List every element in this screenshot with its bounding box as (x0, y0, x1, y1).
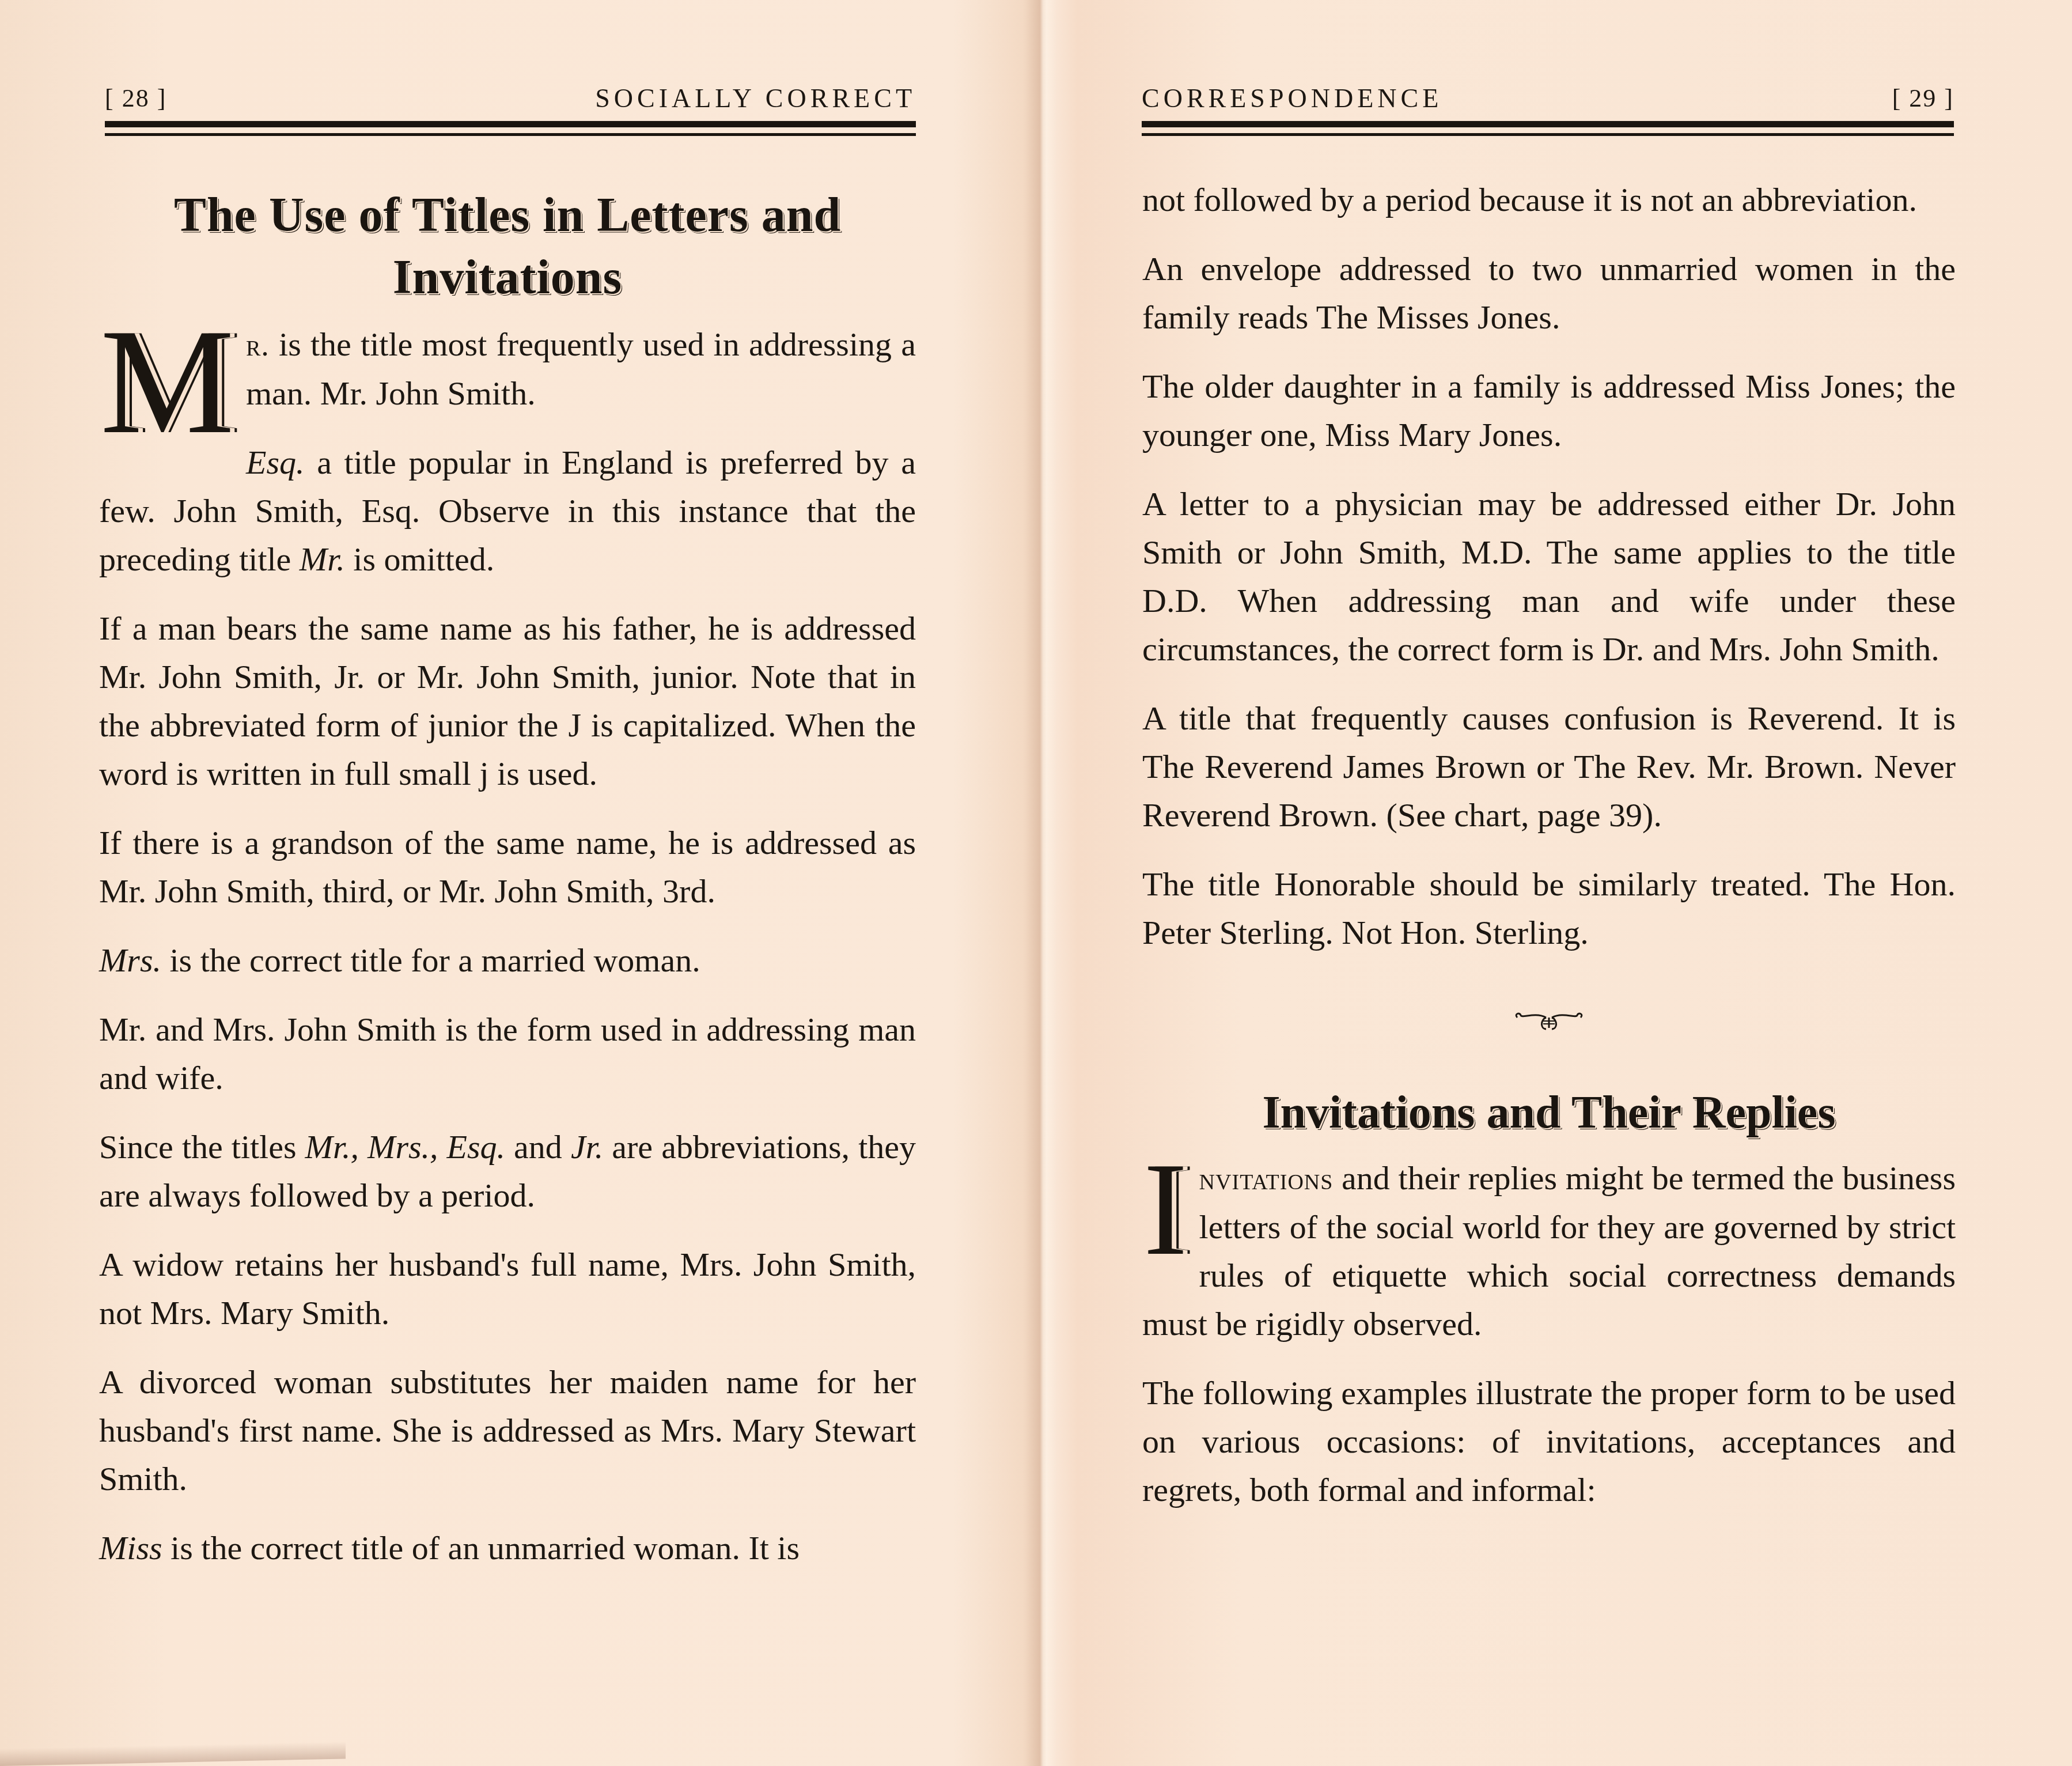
italic-term: Mrs., (368, 1128, 438, 1166)
italic-term: Miss (99, 1529, 162, 1567)
paragraph-mr-and-mrs: Mr. and Mrs. John Smith is the form used… (99, 1005, 916, 1102)
italic-term: Esq. (246, 444, 305, 481)
paragraph-physician: A letter to a physician may be addressed… (1142, 480, 1956, 674)
paragraph-text: Since the titles (99, 1128, 305, 1166)
book-spread: [ 28 ] SOCIALLY CORRECT The Use of Title… (0, 0, 2072, 1766)
paragraph-widow: A widow retains her husband's full name,… (99, 1241, 916, 1337)
italic-term: Mr. (300, 540, 345, 578)
fleuron-icon (1142, 999, 1956, 1022)
paragraph-invitations: Invitations and their replies might be t… (1142, 1154, 1956, 1348)
italic-term: Jr. (571, 1128, 603, 1166)
paragraph-reverend: A title that frequently causes confusion… (1142, 694, 1956, 839)
right-page: CORRESPONDENCE [ 29 ] not followed by a … (1037, 0, 2072, 1766)
right-running-head: CORRESPONDENCE [ 29 ] (1142, 81, 1954, 115)
drop-cap-i: I (1143, 1158, 1188, 1261)
header-double-rule-right (1142, 121, 1954, 136)
paragraph-not-followed: not followed by a period because it is n… (1142, 176, 1956, 224)
italic-term: Mr., (305, 1128, 359, 1166)
paragraph-junior: If a man bears the same name as his fath… (99, 604, 916, 798)
paragraph-text: is the correct title for a married woman… (161, 941, 700, 979)
running-head-title-left: SOCIALLY CORRECT (595, 83, 916, 114)
left-running-head: [ 28 ] SOCIALLY CORRECT (105, 81, 916, 115)
paragraph-following-examples: The following examples illustrate the pr… (1142, 1369, 1956, 1514)
lead-smallcaps: r. (246, 328, 270, 362)
paragraph-miss: Miss is the correct title of an unmarrie… (99, 1524, 916, 1572)
running-head-title-right: CORRESPONDENCE (1142, 83, 1442, 114)
paragraph-misses: An envelope addressed to two unmarried w… (1142, 245, 1956, 342)
section-title: Invitations and Their Replies (1142, 1084, 1956, 1141)
paragraph-text: is the title most frequently used in add… (246, 326, 916, 412)
italic-term: Esq. (447, 1128, 506, 1166)
fleuron-icon-svg (1512, 1011, 1586, 1034)
paragraph-text: is omitted. (345, 540, 494, 578)
page-edge-shadow (0, 1741, 346, 1766)
paragraph-text: is the correct title of an unmarried wom… (162, 1529, 800, 1567)
header-double-rule-left (105, 121, 916, 136)
left-page: [ 28 ] SOCIALLY CORRECT The Use of Title… (0, 0, 1031, 1766)
italic-term: Mrs. (99, 941, 161, 979)
left-text-column: The Use of Titles in Letters and Invitat… (99, 184, 916, 1572)
right-text-column: not followed by a period because it is n… (1142, 176, 1956, 1535)
paragraph-mr: Mr. is the title most frequently used in… (99, 320, 916, 418)
paragraph-divorced: A divorced woman substitutes her maiden … (99, 1358, 916, 1503)
paragraph-older-daughter: The older daughter in a family is addres… (1142, 362, 1956, 459)
chapter-title: The Use of Titles in Letters and Invitat… (99, 184, 916, 309)
paragraph-honorable: The title Honorable should be similarly … (1142, 860, 1956, 957)
drop-cap-m: M (100, 324, 234, 439)
paragraph-mrs: Mrs. is the correct title for a married … (99, 936, 916, 985)
page-number-left: [ 28 ] (105, 84, 166, 113)
page-number-right: [ 29 ] (1892, 84, 1954, 113)
paragraph-abbreviations: Since the titles Mr., Mrs., Esq. and Jr.… (99, 1123, 916, 1220)
lead-smallcaps: nvitations (1199, 1162, 1334, 1196)
paragraph-grandson: If there is a grandson of the same name,… (99, 819, 916, 916)
